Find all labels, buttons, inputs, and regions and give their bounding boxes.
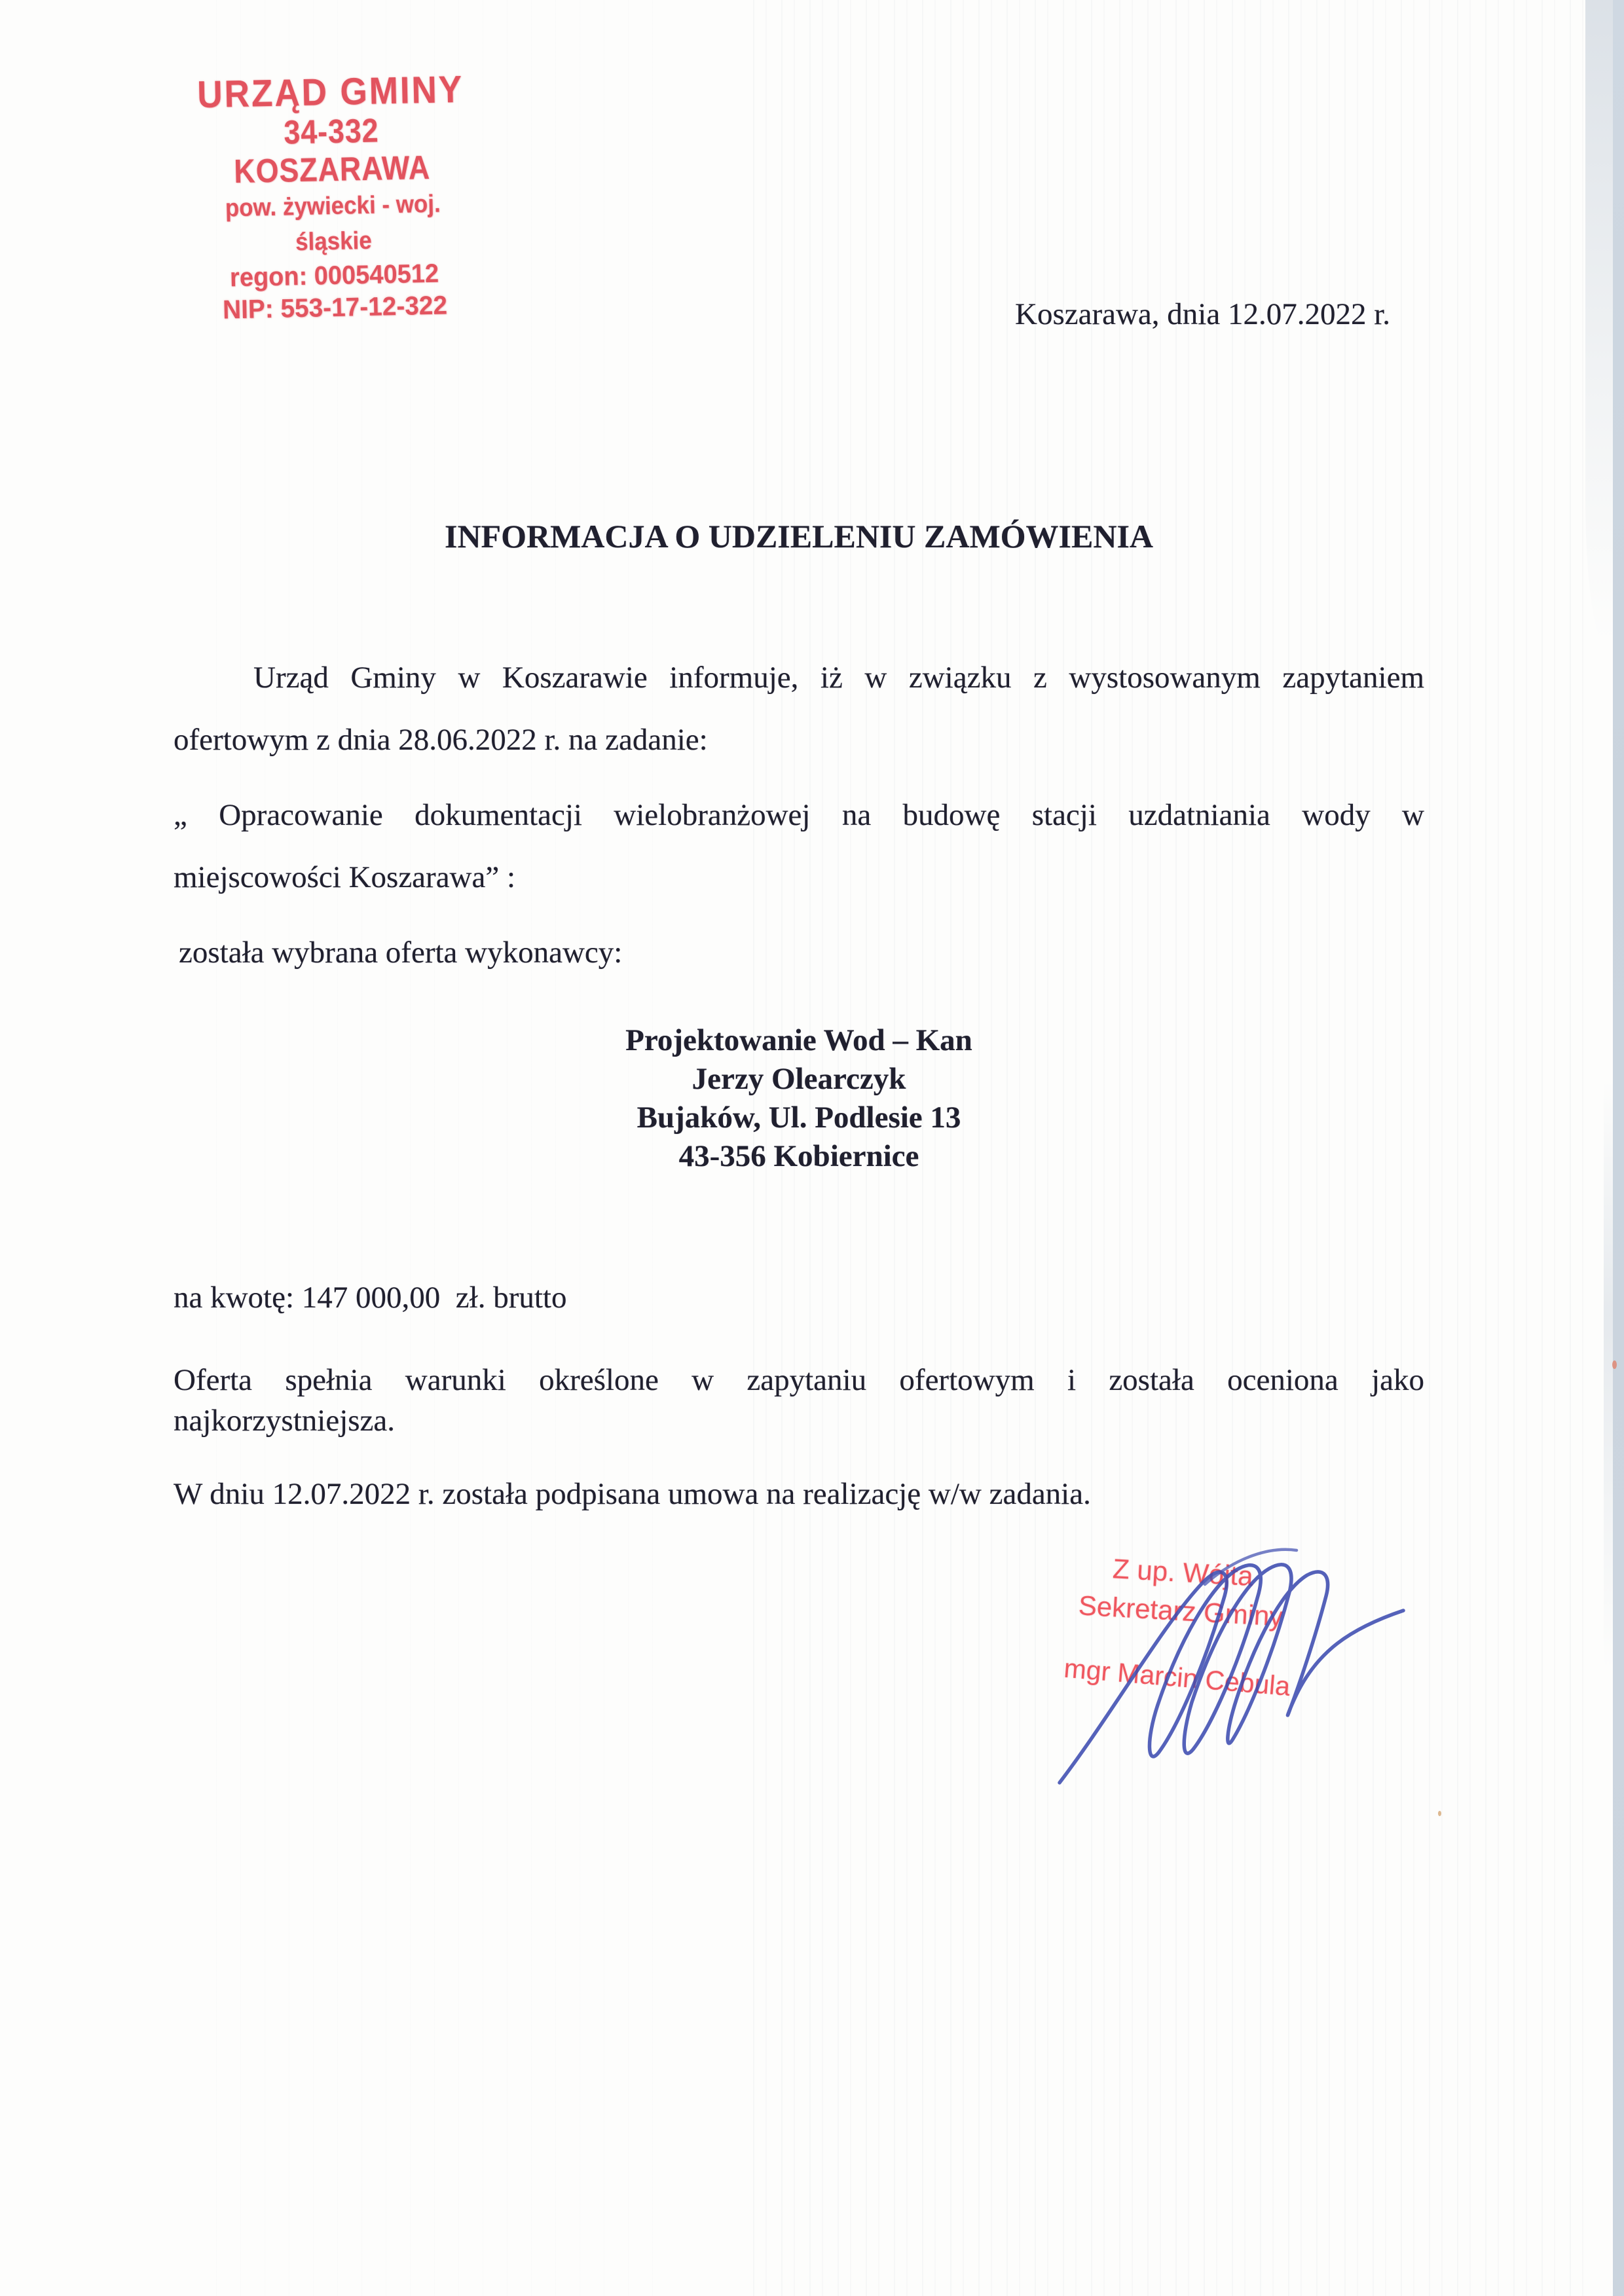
- paragraph-intro: Urząd Gminy w Koszarawie informuje, iż w…: [174, 647, 1424, 771]
- paragraph-task-line1: „ Opracowanie dokumentacji wielobranżowe…: [174, 784, 1424, 847]
- paragraph-intro-line1: Urząd Gminy w Koszarawie informuje, iż w…: [174, 647, 1424, 709]
- amount-line: na kwotę: 147 000,00 zł. brutto: [174, 1267, 1424, 1329]
- contractor-street: Bujaków, Ul. Podlesie 13: [174, 1099, 1424, 1137]
- paragraph-task-line2: miejscowości Koszarawa” :: [174, 847, 1424, 909]
- paragraph-assessment-line2: najkorzystniejsza.: [174, 1400, 1424, 1441]
- contractor-person: Jerzy Olearczyk: [174, 1060, 1424, 1099]
- scan-page-curl-shadow: [1585, 0, 1613, 642]
- scan-edge-band: [1613, 0, 1624, 2296]
- date-line: Koszarawa, dnia 12.07.2022 r.: [1015, 293, 1390, 336]
- office-stamp-nip: NIP: 553-17-12-322: [182, 289, 488, 327]
- contractor-city: 43-356 Kobiernice: [174, 1137, 1424, 1176]
- office-stamp: URZĄD GMINY 34-332 KOSZARAWA pow. żywiec…: [173, 69, 492, 327]
- paragraph-assessment: Oferta spełnia warunki określone w zapyt…: [174, 1360, 1424, 1441]
- contract-line: W dniu 12.07.2022 r. została podpisana u…: [174, 1474, 1424, 1514]
- handwritten-signature: [1040, 1531, 1407, 1793]
- scanned-document-page: URZĄD GMINY 34-332 KOSZARAWA pow. żywiec…: [0, 0, 1624, 2296]
- scan-speck: [1612, 1360, 1617, 1369]
- paragraph-intro-line2: ofertowym z dnia 28.06.2022 r. na zadani…: [174, 709, 1424, 771]
- document-title: INFORMACJA O UDZIELENIU ZAMÓWIENIA: [174, 513, 1424, 560]
- office-stamp-region: pow. żywiecki - woj. śląskie: [188, 185, 479, 262]
- contractor-company: Projektowanie Wod – Kan: [174, 1021, 1424, 1060]
- office-stamp-address: 34-332 KOSZARAWA: [193, 110, 471, 192]
- contractor-block: Projektowanie Wod – Kan Jerzy Olearczyk …: [174, 1021, 1424, 1176]
- scan-edge-shadow: [1604, 1080, 1613, 1669]
- scan-speck: [1438, 1811, 1441, 1816]
- selection-line: została wybrana oferta wykonawcy:: [174, 922, 1430, 984]
- paragraph-assessment-line1: Oferta spełnia warunki określone w zapyt…: [174, 1360, 1424, 1400]
- office-stamp-name: URZĄD GMINY: [185, 69, 475, 115]
- paragraph-task: „ Opracowanie dokumentacji wielobranżowe…: [174, 784, 1424, 909]
